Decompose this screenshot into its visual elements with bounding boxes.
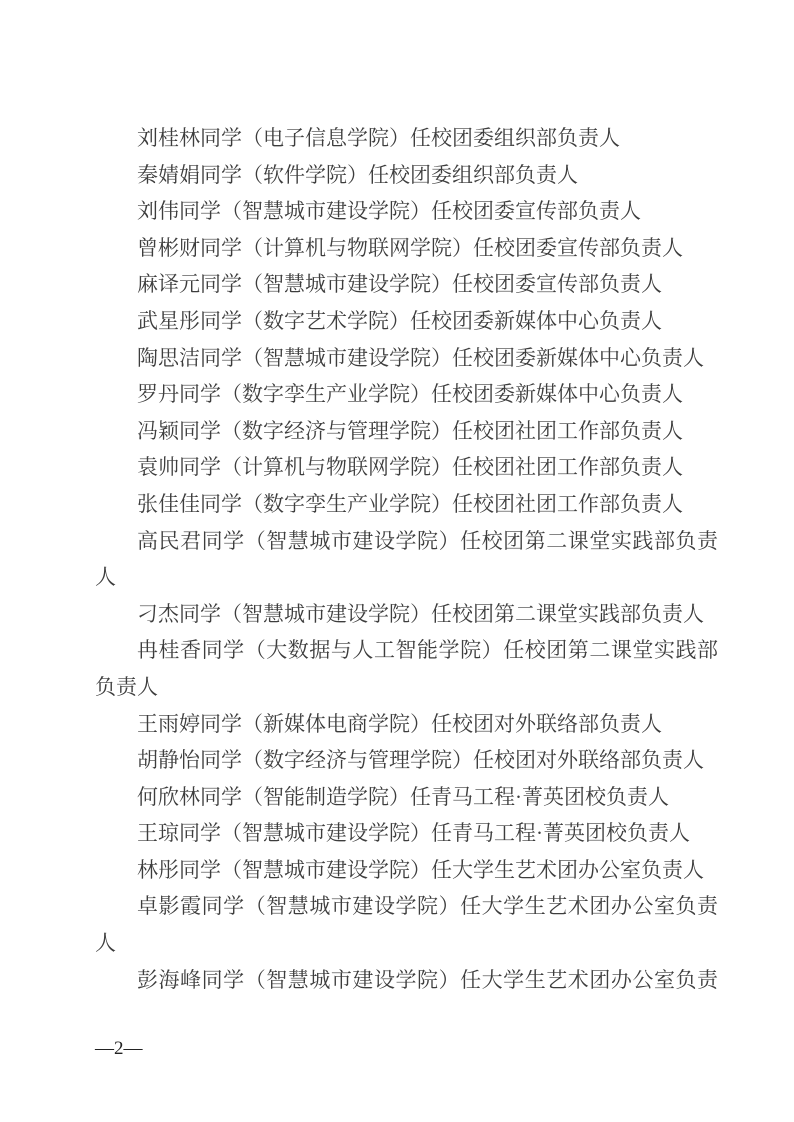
open-paren: （ [242,712,263,736]
student-name: 冯颖 [137,419,179,443]
college-name: 电子信息学院 [263,126,389,150]
open-paren: （ [242,492,263,516]
college-name: 智慧城市建设学院 [242,602,410,626]
student-name: 王琼 [137,821,179,845]
close-paren: ） [431,455,452,479]
appointment-entry: 卓影霞同学（智慧城市建设学院）任大学生艺术团办公室负责人 [95,888,718,961]
close-paren: ） [389,785,410,809]
role-title: 任校团社团工作部负责人 [452,419,683,443]
close-paren: ） [439,968,461,992]
student-name: 袁帅 [137,455,179,479]
open-paren: （ [245,894,267,918]
role-title: 任校团委宣传部负责人 [452,272,662,296]
document-page: 刘桂林同学（电子信息学院）任校团委组织部负责人秦婧娟同学（软件学院）任校团委组织… [0,0,794,1122]
appointment-entry: 彭海峰同学（智慧城市建设学院）任大学生艺术团办公室负责人 [95,962,718,999]
student-name: 王雨婷 [137,712,200,736]
student-name: 刘伟 [137,199,179,223]
student-suffix: 同学 [200,712,242,736]
student-name: 罗丹 [137,382,179,406]
open-paren: （ [242,236,263,260]
open-paren: （ [245,968,267,992]
student-suffix: 同学 [200,748,242,772]
college-name: 软件学院 [263,163,347,187]
role-title: 任校团对外联络部负责人 [431,712,662,736]
page-number: —2— [95,1038,143,1059]
appointment-entry: 冉桂香同学（大数据与人工智能学院）任校团第二课堂实践部负责人 [95,632,718,705]
close-paren: ） [410,199,431,223]
close-paren: ） [347,163,368,187]
role-title: 任校团委组织部负责人 [368,163,578,187]
student-name: 林彤 [137,858,179,882]
appointment-entry: 胡静怡同学（数字经济与管理学院）任校团对外联络部负责人 [95,742,718,779]
open-paren: （ [221,382,242,406]
student-suffix: 同学 [179,199,221,223]
close-paren: ） [431,272,452,296]
close-paren: ） [410,712,431,736]
open-paren: （ [242,785,263,809]
student-suffix: 同学 [200,492,242,516]
college-name: 智慧城市建设学院 [242,858,410,882]
close-paren: ） [410,382,431,406]
student-name: 刁杰 [137,602,179,626]
college-name: 智慧城市建设学院 [266,529,438,553]
role-title: 任大学生艺术团办公室负责人 [431,858,704,882]
open-paren: （ [221,419,242,443]
appointment-entry: 刘桂林同学（电子信息学院）任校团委组织部负责人 [95,120,718,157]
student-suffix: 同学 [179,858,221,882]
college-name: 智慧城市建设学院 [266,894,438,918]
close-paren: ） [431,346,452,370]
role-title: 任校团社团工作部负责人 [452,492,683,516]
college-name: 智慧城市建设学院 [242,199,410,223]
student-suffix: 同学 [200,785,242,809]
page-footer: —2— [95,1038,143,1060]
student-name: 何欣林 [137,785,200,809]
student-suffix: 同学 [200,272,242,296]
close-paren: ） [410,858,431,882]
close-paren: ） [452,748,473,772]
appointment-entry: 陶思洁同学（智慧城市建设学院）任校团委新媒体中心负责人 [95,340,718,377]
student-suffix: 同学 [200,163,242,187]
college-name: 大数据与人工智能学院 [266,638,481,662]
open-paren: （ [245,638,267,662]
open-paren: （ [221,455,242,479]
college-name: 数字艺术学院 [263,309,389,333]
student-suffix: 同学 [200,236,242,260]
appointment-entry: 冯颖同学（数字经济与管理学院）任校团社团工作部负责人 [95,413,718,450]
appointment-entry: 何欣林同学（智能制造学院）任青马工程·菁英团校负责人 [95,779,718,816]
student-name: 冉桂香 [137,638,202,662]
open-paren: （ [242,126,263,150]
student-suffix: 同学 [179,419,221,443]
college-name: 计算机与物联网学院 [263,236,452,260]
student-suffix: 同学 [202,894,245,918]
appointment-entry: 曾彬财同学（计算机与物联网学院）任校团委宣传部负责人 [95,230,718,267]
college-name: 数字孪生产业学院 [263,492,431,516]
appointment-entry: 张佳佳同学（数字孪生产业学院）任校团社团工作部负责人 [95,486,718,523]
college-name: 智慧城市建设学院 [266,968,438,992]
open-paren: （ [245,529,267,553]
student-suffix: 同学 [200,346,242,370]
open-paren: （ [221,199,242,223]
close-paren: ） [410,602,431,626]
open-paren: （ [221,602,242,626]
college-name: 智慧城市建设学院 [263,272,431,296]
role-title: 任青马工程·菁英团校负责人 [431,821,690,845]
appointment-list: 刘桂林同学（电子信息学院）任校团委组织部负责人秦婧娟同学（软件学院）任校团委组织… [95,120,718,999]
student-suffix: 同学 [179,821,221,845]
appointment-entry: 刁杰同学（智慧城市建设学院）任校团第二课堂实践部负责人 [95,596,718,633]
close-paren: ） [482,638,504,662]
student-name: 高民君 [137,529,202,553]
student-suffix: 同学 [179,602,221,626]
open-paren: （ [242,346,263,370]
college-name: 数字孪生产业学院 [242,382,410,406]
student-suffix: 同学 [179,382,221,406]
student-suffix: 同学 [200,126,242,150]
college-name: 数字经济与管理学院 [242,419,431,443]
appointment-entry: 刘伟同学（智慧城市建设学院）任校团委宣传部负责人 [95,193,718,230]
role-title: 任校团委新媒体中心负责人 [410,309,662,333]
appointment-entry: 王雨婷同学（新媒体电商学院）任校团对外联络部负责人 [95,706,718,743]
open-paren: （ [242,163,263,187]
college-name: 智能制造学院 [263,785,389,809]
college-name: 新媒体电商学院 [263,712,410,736]
close-paren: ） [389,126,410,150]
appointment-entry: 林彤同学（智慧城市建设学院）任大学生艺术团办公室负责人 [95,852,718,889]
student-name: 卓影霞 [137,894,202,918]
role-title: 任校团第二课堂实践部负责人 [431,602,704,626]
role-title: 任校团委组织部负责人 [410,126,620,150]
appointment-entry: 王琼同学（智慧城市建设学院）任青马工程·菁英团校负责人 [95,815,718,852]
college-name: 计算机与物联网学院 [242,455,431,479]
open-paren: （ [242,309,263,333]
student-name: 武星彤 [137,309,200,333]
open-paren: （ [221,821,242,845]
close-paren: ） [431,492,452,516]
student-suffix: 同学 [202,529,245,553]
close-paren: ） [389,309,410,333]
appointment-entry: 麻译元同学（智慧城市建设学院）任校团委宣传部负责人 [95,266,718,303]
student-name: 胡静怡 [137,748,200,772]
college-name: 智慧城市建设学院 [263,346,431,370]
close-paren: ） [410,821,431,845]
student-suffix: 同学 [202,638,245,662]
role-title: 任青马工程·菁英团校负责人 [410,785,669,809]
role-title: 任校团社团工作部负责人 [452,455,683,479]
college-name: 数字经济与管理学院 [263,748,452,772]
role-title: 任校团委新媒体中心负责人 [452,346,704,370]
student-name: 麻译元 [137,272,200,296]
open-paren: （ [221,858,242,882]
appointment-entry: 袁帅同学（计算机与物联网学院）任校团社团工作部负责人 [95,449,718,486]
student-name: 刘桂林 [137,126,200,150]
appointment-entry: 武星彤同学（数字艺术学院）任校团委新媒体中心负责人 [95,303,718,340]
student-suffix: 同学 [202,968,245,992]
college-name: 智慧城市建设学院 [242,821,410,845]
role-title: 任校团委宣传部负责人 [431,199,641,223]
student-suffix: 同学 [179,455,221,479]
open-paren: （ [242,272,263,296]
student-suffix: 同学 [200,309,242,333]
open-paren: （ [242,748,263,772]
student-name: 秦婧娟 [137,163,200,187]
student-name: 张佳佳 [137,492,200,516]
close-paren: ） [431,419,452,443]
student-name: 陶思洁 [137,346,200,370]
appointment-entry: 罗丹同学（数字孪生产业学院）任校团委新媒体中心负责人 [95,376,718,413]
close-paren: ） [452,236,473,260]
role-title: 任校团委新媒体中心负责人 [431,382,683,406]
appointment-entry: 高民君同学（智慧城市建设学院）任校团第二课堂实践部负责人 [95,523,718,596]
appointment-entry: 秦婧娟同学（软件学院）任校团委组织部负责人 [95,157,718,194]
role-title: 任校团委宣传部负责人 [473,236,683,260]
close-paren: ） [439,529,461,553]
close-paren: ） [439,894,461,918]
student-name: 彭海峰 [137,968,202,992]
student-name: 曾彬财 [137,236,200,260]
role-title: 任校团对外联络部负责人 [473,748,704,772]
